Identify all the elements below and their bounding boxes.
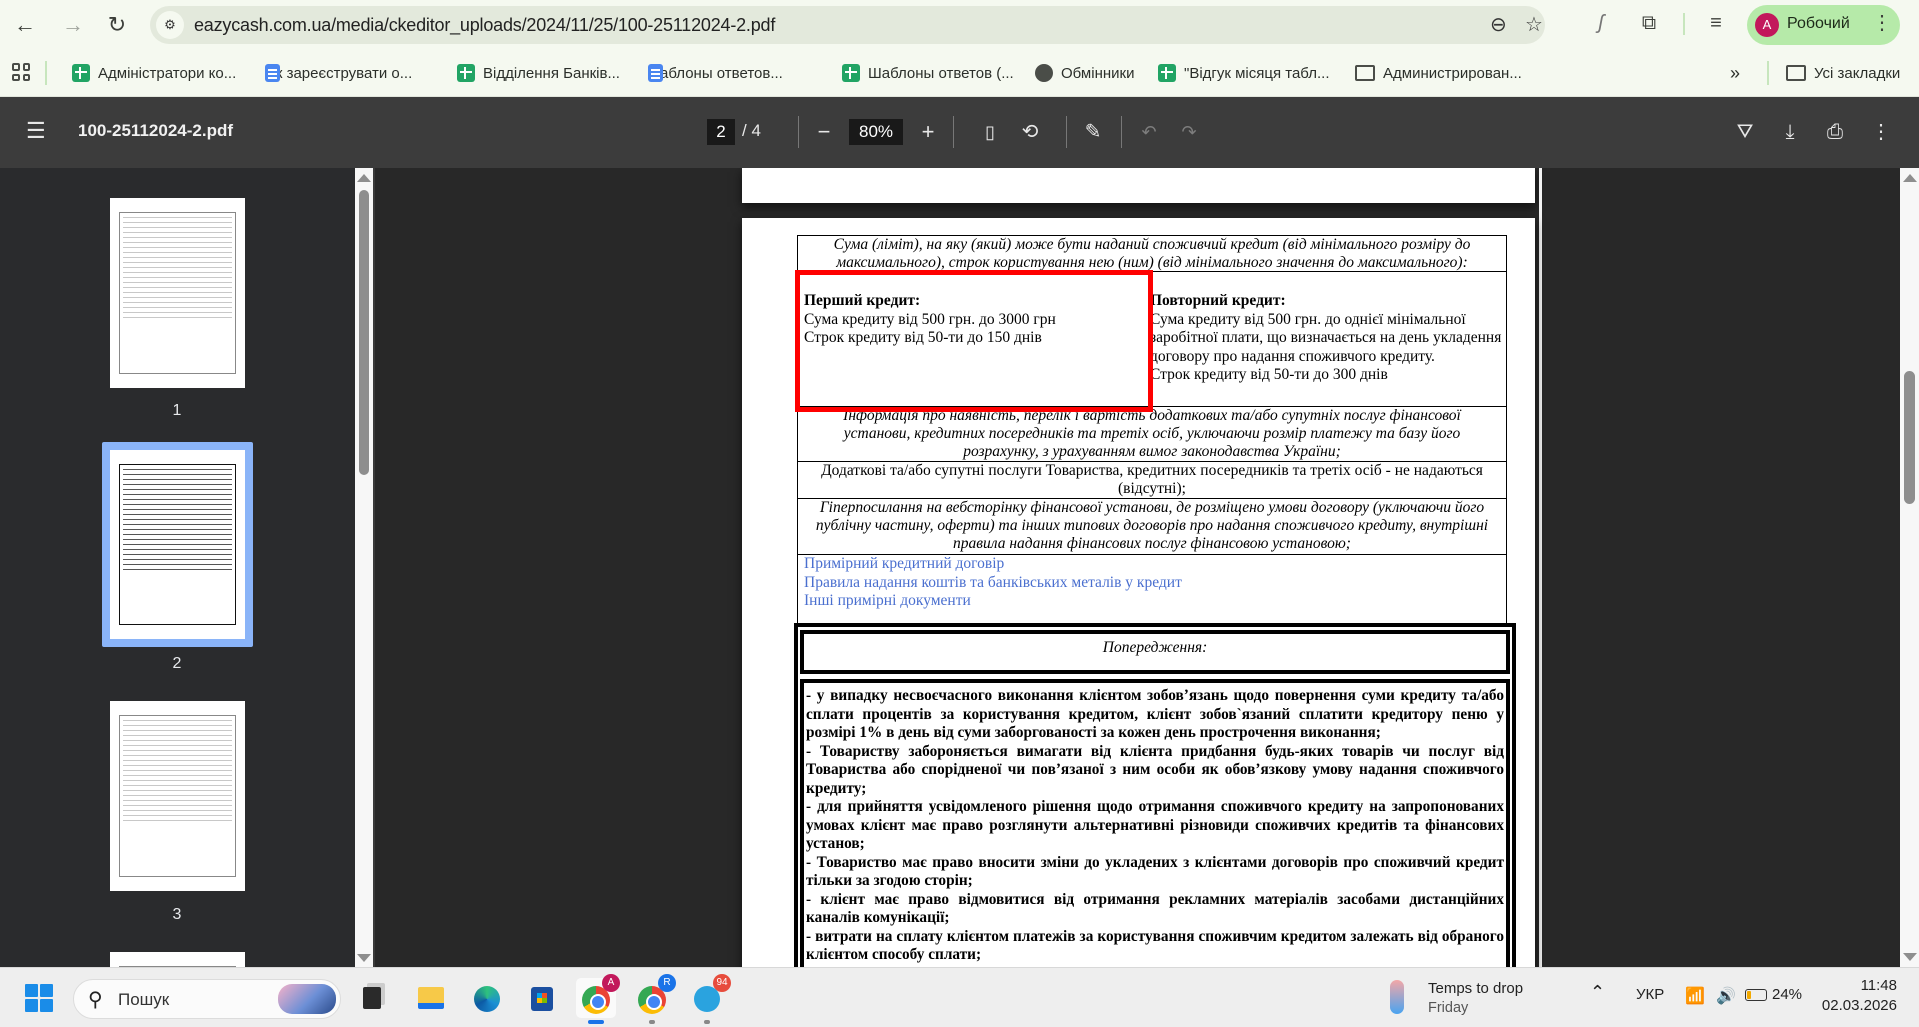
all-bookmarks-button[interactable]: Усі закладки [1786,61,1900,85]
toolbar-divider [953,116,954,148]
show-hidden-icons-chevron-icon[interactable]: ⌃ [1590,982,1605,1003]
download-icon[interactable]: ⤓ [1775,117,1805,147]
bookmark-item[interactable]: Відділення Банків... [457,61,620,85]
page-thumbnail-2 [110,450,245,639]
bookmark-item[interactable]: Шаблоны ответов (... [842,61,1014,85]
repeat-credit-cell: Повторний кредит: Сума кредиту від 500 г… [1148,271,1507,407]
active-indicator [588,1020,604,1024]
scroll-up-arrow-icon[interactable] [357,174,371,182]
chrome-profile-r-icon[interactable]: R [632,978,672,1018]
bookmark-star-icon[interactable]: ☆ [1525,12,1543,37]
input-language[interactable]: УКР [1636,986,1664,1003]
warnings-block: Попередження: - у випадку несвоєчасного … [794,623,1516,967]
search-icon: ⚲ [88,987,103,1012]
folder-icon [1355,65,1375,81]
task-view-icon[interactable] [353,978,393,1018]
more-options-kebab-icon[interactable]: ⋮ [1866,117,1896,147]
pdf-page-2: Сума (ліміт), на яку (який) може бути на… [742,218,1535,967]
all-bookmarks-label: Усі закладки [1814,65,1900,82]
thumbnail-number: 1 [157,402,197,420]
toolbar-divider [798,116,799,148]
services-header-cell: Інформація про наявність, перелік і варт… [797,406,1507,462]
warning-item: - Товариство має право вносити зміни до … [806,854,1504,891]
reload-button[interactable]: ↻ [102,10,132,40]
sidebar-scrollbar[interactable] [355,168,373,967]
back-button[interactable]: ← [10,10,40,40]
folder-icon [1786,65,1806,81]
sheets-icon [842,64,860,82]
zoom-in-button[interactable]: + [913,117,943,147]
warnings-list: - у випадку несвоєчасного виконання кліє… [800,679,1510,967]
services-value-cell: Додаткові та/або супутні послуги Товарис… [797,461,1507,499]
apps-grid-icon[interactable] [12,63,30,81]
page-edge-line [1539,168,1542,967]
microsoft-store-icon[interactable] [522,978,562,1018]
sidebar-toggle-menu-icon[interactable]: ☰ [26,119,46,143]
fit-to-page-icon[interactable]: ▯ [975,117,1005,147]
profile-name: Робочий [1787,15,1850,33]
bookmarks-divider [45,61,47,85]
telegram-icon[interactable]: 94 [687,978,727,1018]
profile-badge: A [602,974,620,992]
toolbar-divider [1121,116,1122,148]
weather-subtitle: Friday [1428,1000,1468,1016]
bookmarks-overflow-button[interactable]: » [1730,61,1740,85]
bookmark-label: Як зареєструвати о... [265,65,412,82]
bookmark-label: Шаблоны ответов (... [868,65,1014,82]
volume-icon[interactable]: 🔊 [1716,986,1736,1006]
scroll-up-arrow-icon[interactable] [1903,174,1917,182]
battery-percent: 24% [1772,986,1802,1003]
page-thumbnail-2-selected[interactable] [102,442,253,647]
scroll-down-arrow-icon[interactable] [1903,953,1917,961]
thumbnail-content [119,715,236,877]
sheets-icon [457,64,475,82]
thumbnail-sidebar: 1 2 3 [0,168,373,967]
bookmarks-bar: Адміністратори ко... Як зареєструвати о.… [0,49,1919,97]
document-content: Сума (ліміт), на яку (який) може бути на… [742,218,1535,967]
bookmark-label: "Відгук місяця табл... [1184,65,1329,82]
battery-icon[interactable] [1745,989,1767,1001]
bookmark-item[interactable]: Обмінники [1035,61,1134,85]
bookmark-item[interactable]: "Відгук місяця табл... [1158,61,1329,85]
main-scrollbar-thumb[interactable] [1904,371,1915,504]
zoom-out-button[interactable]: − [809,117,839,147]
forward-button[interactable]: → [58,10,88,40]
bookmark-folder[interactable]: Администрирован... [1355,61,1522,85]
pdf-page-1 [742,168,1535,203]
toolbar-divider [1066,116,1067,148]
profile-badge: R [658,974,676,992]
taskbar-search[interactable]: ⚲ Пошук [73,979,341,1019]
avatar: A [1755,13,1779,37]
bookmark-label: Адміністратори ко... [98,65,236,82]
clock-time[interactable]: 11:48 [1861,977,1897,994]
warning-item: - у випадку несвоєчасного виконання кліє… [806,687,1504,743]
red-highlight-annotation [795,270,1153,412]
save-to-drive-icon[interactable]: ⛛ [1730,117,1760,147]
main-scrollbar[interactable] [1900,168,1919,967]
chrome-menu-kebab-icon[interactable]: ⋮ [1872,10,1892,35]
wifi-icon[interactable]: 📶 [1685,986,1705,1006]
zoom-level-input[interactable]: 80% [849,119,903,145]
sheets-icon [1158,64,1176,82]
print-icon[interactable]: ⎙ [1820,117,1850,147]
bookmark-item[interactable]: шаблоны ответов... [648,61,783,85]
page-thumbnail-4[interactable] [110,952,245,967]
clock-date[interactable]: 02.03.2026 [1822,997,1897,1014]
limit-header-cell: Сума (ліміт), на яку (який) може бути на… [797,235,1507,272]
redo-icon[interactable]: ↷ [1174,117,1204,147]
windows-taskbar: ⚲ Пошук A R 94 Temps to drop Friday ⌃ УК… [0,967,1919,1027]
search-highlight-image [278,984,336,1014]
running-indicator [704,1020,710,1024]
page-thumbnail-1[interactable] [110,198,245,388]
page-number-input[interactable]: 2 [707,119,735,145]
media-queue-icon[interactable]: ≡ [1703,12,1729,35]
thumbnail-number: 2 [157,655,197,673]
link-credit-rules[interactable]: Правила надання коштів та банківських ме… [804,574,1500,593]
address-bar[interactable]: ⚙ eazycash.com.ua/media/ckeditor_uploads… [150,6,1545,44]
sheets-icon [72,64,90,82]
bookmark-label: шаблоны ответов... [648,65,783,82]
hyperlinks-cell: Примірний кредитний договір Правила нада… [797,554,1507,626]
page-total: / 4 [742,121,761,141]
docs-icon [648,64,663,82]
pdf-viewer[interactable]: Сума (ліміт), на яку (який) може бути на… [373,168,1900,967]
warnings-title: Попередження: [800,630,1510,674]
search-placeholder: Пошук [118,990,169,1010]
rotate-icon[interactable]: ⟲ [1015,117,1045,147]
browser-toolbar: ← → ↻ ⚙ eazycash.com.ua/media/ckeditor_u… [0,0,1919,49]
repeat-credit-term: Строк кредиту від 50-ти до 300 днів [1150,366,1502,385]
thumbnail-number: 3 [157,906,197,924]
weather-title: Temps to drop [1428,980,1523,997]
extensions-puzzle-icon[interactable]: ⧉ [1636,12,1662,35]
toolbar-divider [1683,13,1685,35]
pdf-title: 100-25112024-2.pdf [78,121,233,141]
file-explorer-icon[interactable] [411,978,451,1018]
chrome-profile-a-icon[interactable]: A [576,978,616,1018]
battery-level-fill [1747,991,1751,999]
link-sample-credit-agreement[interactable]: Примірний кредитний договір [804,555,1500,574]
bookmark-label: Обмінники [1061,65,1134,82]
warning-item: - для прийняття усвідомленого рішення що… [806,798,1504,854]
url-text[interactable]: eazycash.com.ua/media/ckeditor_uploads/2… [194,15,775,36]
repeat-credit-amount: Сума кредиту від 500 грн. до однієї міні… [1150,311,1502,367]
thumbnail-content [119,464,236,625]
windows-start-icon[interactable] [25,984,53,1012]
sidebar-scrollbar-thumb[interactable] [359,190,369,475]
site-info-icon[interactable]: ⚙ [156,11,184,39]
bookmark-item[interactable]: Адміністратори ко... [72,61,236,85]
repeat-credit-title: Повторний кредит: [1150,292,1502,311]
running-indicator [649,1020,655,1024]
pdf-toolbar: ☰ 100-25112024-2.pdf 2 / 4 − 80% + ▯ ⟲ ✎… [0,97,1919,168]
link-other-documents[interactable]: Інші примірні документи [804,592,1500,611]
hyperlinks-header-cell: Гіперпосилання на вебсторінку фінансової… [797,498,1507,555]
scroll-down-arrow-icon[interactable] [357,954,371,962]
warning-item: - Товариству забороняється вимагати від … [806,743,1504,799]
bookmark-label: Відділення Банків... [483,65,620,82]
unread-badge: 94 [713,974,731,992]
docs-icon [265,64,280,82]
bookmarks-divider [1767,61,1769,85]
bookmark-label: Администрирован... [1383,65,1522,82]
warning-item: - витрати на сплату клієнтом платежів за… [806,928,1504,965]
undo-icon[interactable]: ↶ [1134,117,1164,147]
thumbnail-content [119,212,236,374]
surfshark-extension-icon[interactable]: ʃ [1588,12,1614,35]
annotate-pen-icon[interactable]: ✎ [1078,117,1108,147]
warning-item: - клієнт має право відмовитися від отрим… [806,891,1504,928]
bookmark-item[interactable]: Як зареєструвати о... [265,61,412,85]
globe-icon [1035,64,1053,82]
zoom-out-icon[interactable]: ⊖ [1490,12,1507,37]
thermometer-icon [1390,980,1404,1014]
edge-browser-icon[interactable] [467,978,507,1018]
page-thumbnail-3[interactable] [110,701,245,891]
